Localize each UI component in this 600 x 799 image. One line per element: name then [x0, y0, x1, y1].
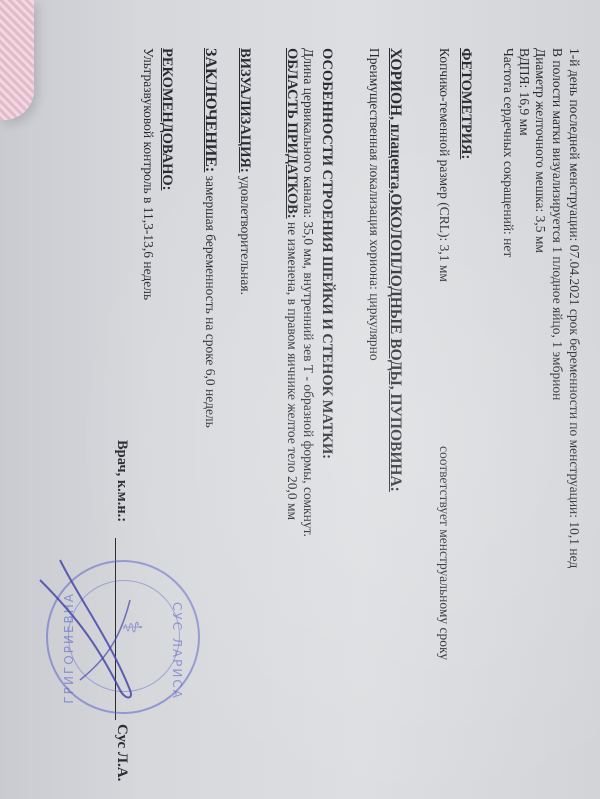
handwritten-signature [0, 0, 600, 799]
ultrasound-report-page: 1-й день последней менструации: 07.04.20… [0, 0, 600, 799]
